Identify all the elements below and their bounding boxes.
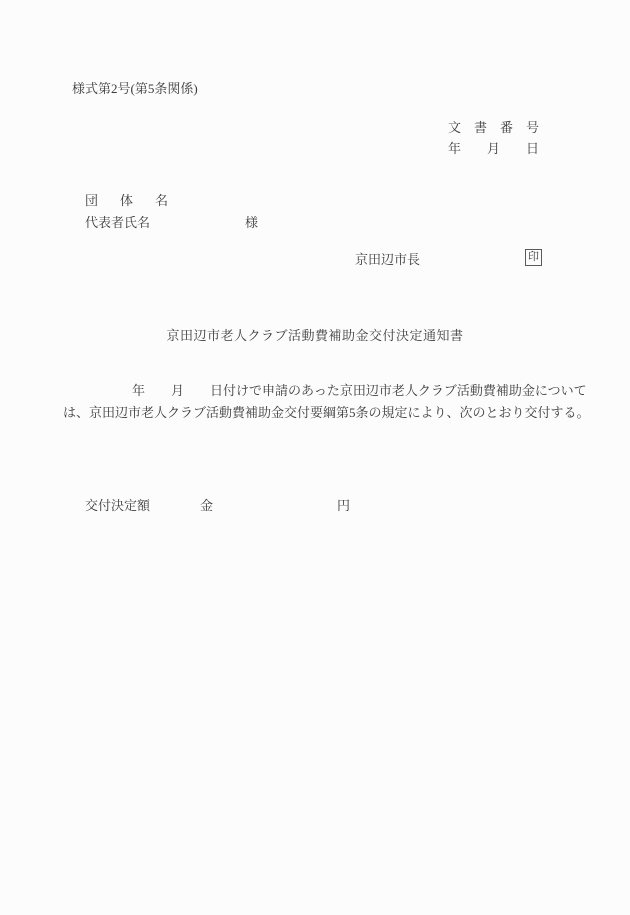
amount-kin-label: 金: [200, 499, 213, 512]
date-line: 年 月 日: [448, 142, 539, 155]
grant-amount-label: 交付決定額: [85, 499, 150, 512]
document-page: 様式第2号(第5条関係) 文 書 番 号 年 月 日 団 体 名 代表者氏名 様…: [0, 0, 630, 915]
seal-mark: 印: [525, 249, 542, 266]
body-text-line-1: 年 月 日付けで申請のあった京田辺市老人クラブ活動費補助金について: [63, 384, 587, 397]
organization-name-label: 団 体 名: [85, 194, 173, 207]
seal-character: 印: [528, 252, 539, 263]
mayor-signature-label: 京田辺市長: [355, 253, 420, 266]
body-text-line-2: は、京田辺市老人クラブ活動費補助金交付要綱第5条の規定により、次のとおり交付する…: [63, 406, 590, 419]
document-number-label: 文 書 番 号: [448, 121, 539, 134]
document-title: 京田辺市老人クラブ活動費補助金交付決定通知書: [0, 329, 630, 342]
form-number: 様式第2号(第5条関係): [72, 82, 198, 95]
representative-name-label: 代表者氏名: [85, 216, 150, 229]
amount-yen-label: 円: [337, 499, 350, 512]
honorific-sama: 様: [245, 216, 258, 229]
